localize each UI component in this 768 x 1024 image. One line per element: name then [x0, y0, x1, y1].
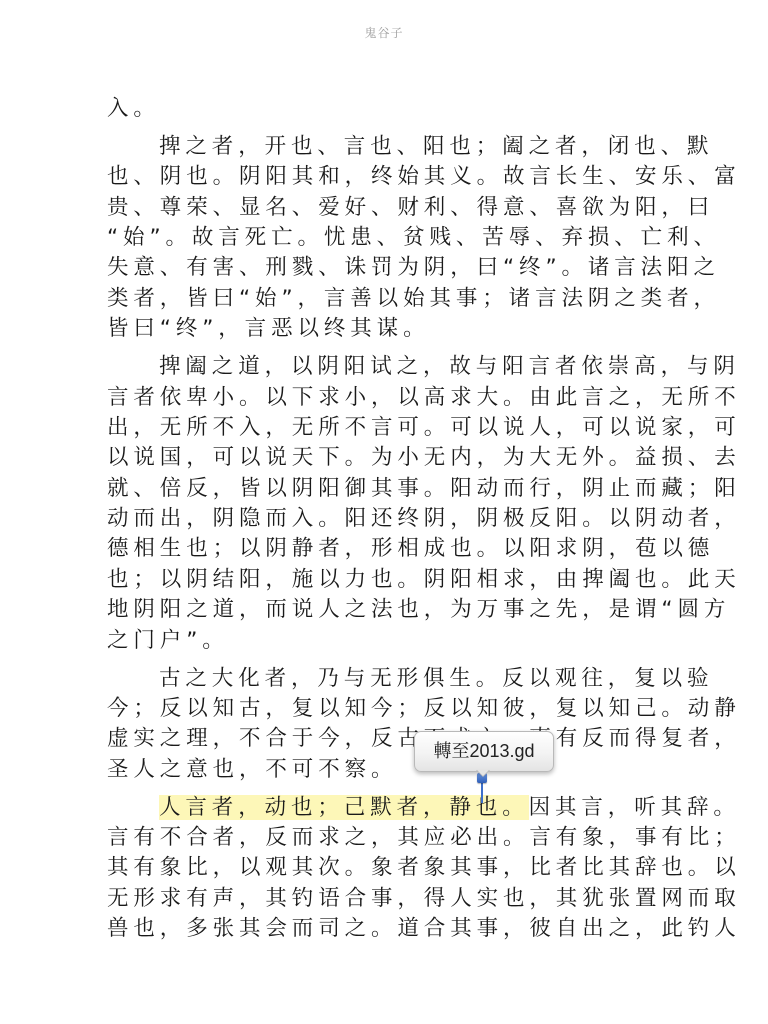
- text-line: 圣人之意也，不可不察。: [107, 755, 663, 785]
- text-line: 捭之者，开也、言也、阳也；阖之者，闭也、默: [107, 132, 663, 162]
- text-line: 捭阖之道，以阴阳试之，故与阳言者依崇高，与阴: [107, 352, 663, 382]
- text-line: 虚实之理，不合于今，反古而求之。事有反而得复者，: [107, 724, 663, 754]
- text-line: 入。: [107, 94, 663, 124]
- book-title: 鬼谷子: [0, 24, 768, 41]
- text-line: 今；反以知古，复以知今；反以知彼，复以知己。动静: [107, 694, 663, 724]
- text-line: 言者依卑小。以下求小，以高求大。由此言之，无所不: [107, 383, 663, 413]
- paragraph: 捭之者，开也、言也、阳也；阖之者，闭也、默 也、阴也。阴阳其和，终始其义。故言长…: [107, 132, 663, 345]
- selected-text[interactable]: 人言者，动也；己默者，静也。: [159, 795, 529, 820]
- text-line: 人言者，动也；己默者，静也。因其言，听其辞。: [107, 793, 663, 823]
- text-line: 德相生也；以阴静者，形相成也。以阳求阴，苞以德: [107, 534, 663, 564]
- text-line: 也；以阴结阳，施以力也。阴阳相求，由捭阖也。此天: [107, 565, 663, 595]
- text-line: 无形求有声，其钓语合事，得人实也，其犹张置网而取: [107, 884, 663, 914]
- text-line: 古之大化者，乃与无形俱生。反以观往，复以验: [107, 664, 663, 694]
- text-line: 之门户”。: [107, 626, 663, 656]
- text-line: 以说国，可以说天下。为小无内，为大无外。益损、去: [107, 443, 663, 473]
- text-line: 地阴阳之道，而说人之法也，为万事之先，是谓“圆方: [107, 595, 663, 625]
- text-line: 就、倍反，皆以阴阳御其事。阳动而行，阴止而藏；阳: [107, 474, 663, 504]
- reader-page[interactable]: 入。 捭之者，开也、言也、阳也；阖之者，闭也、默 也、阴也。阴阳其和，终始其义。…: [107, 94, 663, 952]
- text-line: 贵、尊荣、显名、爱好、财利、得意、喜欲为阳，曰: [107, 193, 663, 223]
- goto-tooltip-button[interactable]: 轉至2013.gd: [414, 731, 554, 772]
- text-line: 也、阴也。阴阳其和，终始其义。故言长生、安乐、富: [107, 162, 663, 192]
- paragraph: 入。: [107, 94, 663, 124]
- text-line: 类者，皆曰“始”，言善以始其事；诸言法阴之类者，: [107, 284, 663, 314]
- text-line: 皆曰“终”，言恶以终其谋。: [107, 314, 663, 344]
- text-line: 出，无所不入，无所不言可。可以说人，可以说家，可: [107, 413, 663, 443]
- paragraph: 人言者，动也；己默者，静也。因其言，听其辞。 言有不合者，反而求之，其应必出。言…: [107, 793, 663, 945]
- text-line: “始”。故言死亡。忧患、贫贱、苦辱、弃损、亡利、: [107, 223, 663, 253]
- text-line: 兽也，多张其会而司之。道合其事，彼自出之，此钓人: [107, 914, 663, 944]
- text-line: 动而出，阴隐而入。阳还终阴，阴极反阳。以阴动者，: [107, 504, 663, 534]
- paragraph: 古之大化者，乃与无形俱生。反以观往，复以验 今；反以知古，复以知今；反以知彼，复…: [107, 664, 663, 786]
- text-line: 言有不合者，反而求之，其应必出。言有象，事有比；: [107, 823, 663, 853]
- paragraph: 捭阖之道，以阴阳试之，故与阳言者依崇高，与阴 言者依卑小。以下求小，以高求大。由…: [107, 352, 663, 656]
- text-line: 失意、有害、刑戮、诛罚为阴，曰“终”。诸言法阳之: [107, 253, 663, 283]
- tooltip-pointer-arrow: [476, 769, 490, 776]
- text-line: 其有象比，以观其次。象者象其事，比者比其辞也。以: [107, 853, 663, 883]
- text-after-selection: 因其言，听其辞。: [529, 795, 740, 820]
